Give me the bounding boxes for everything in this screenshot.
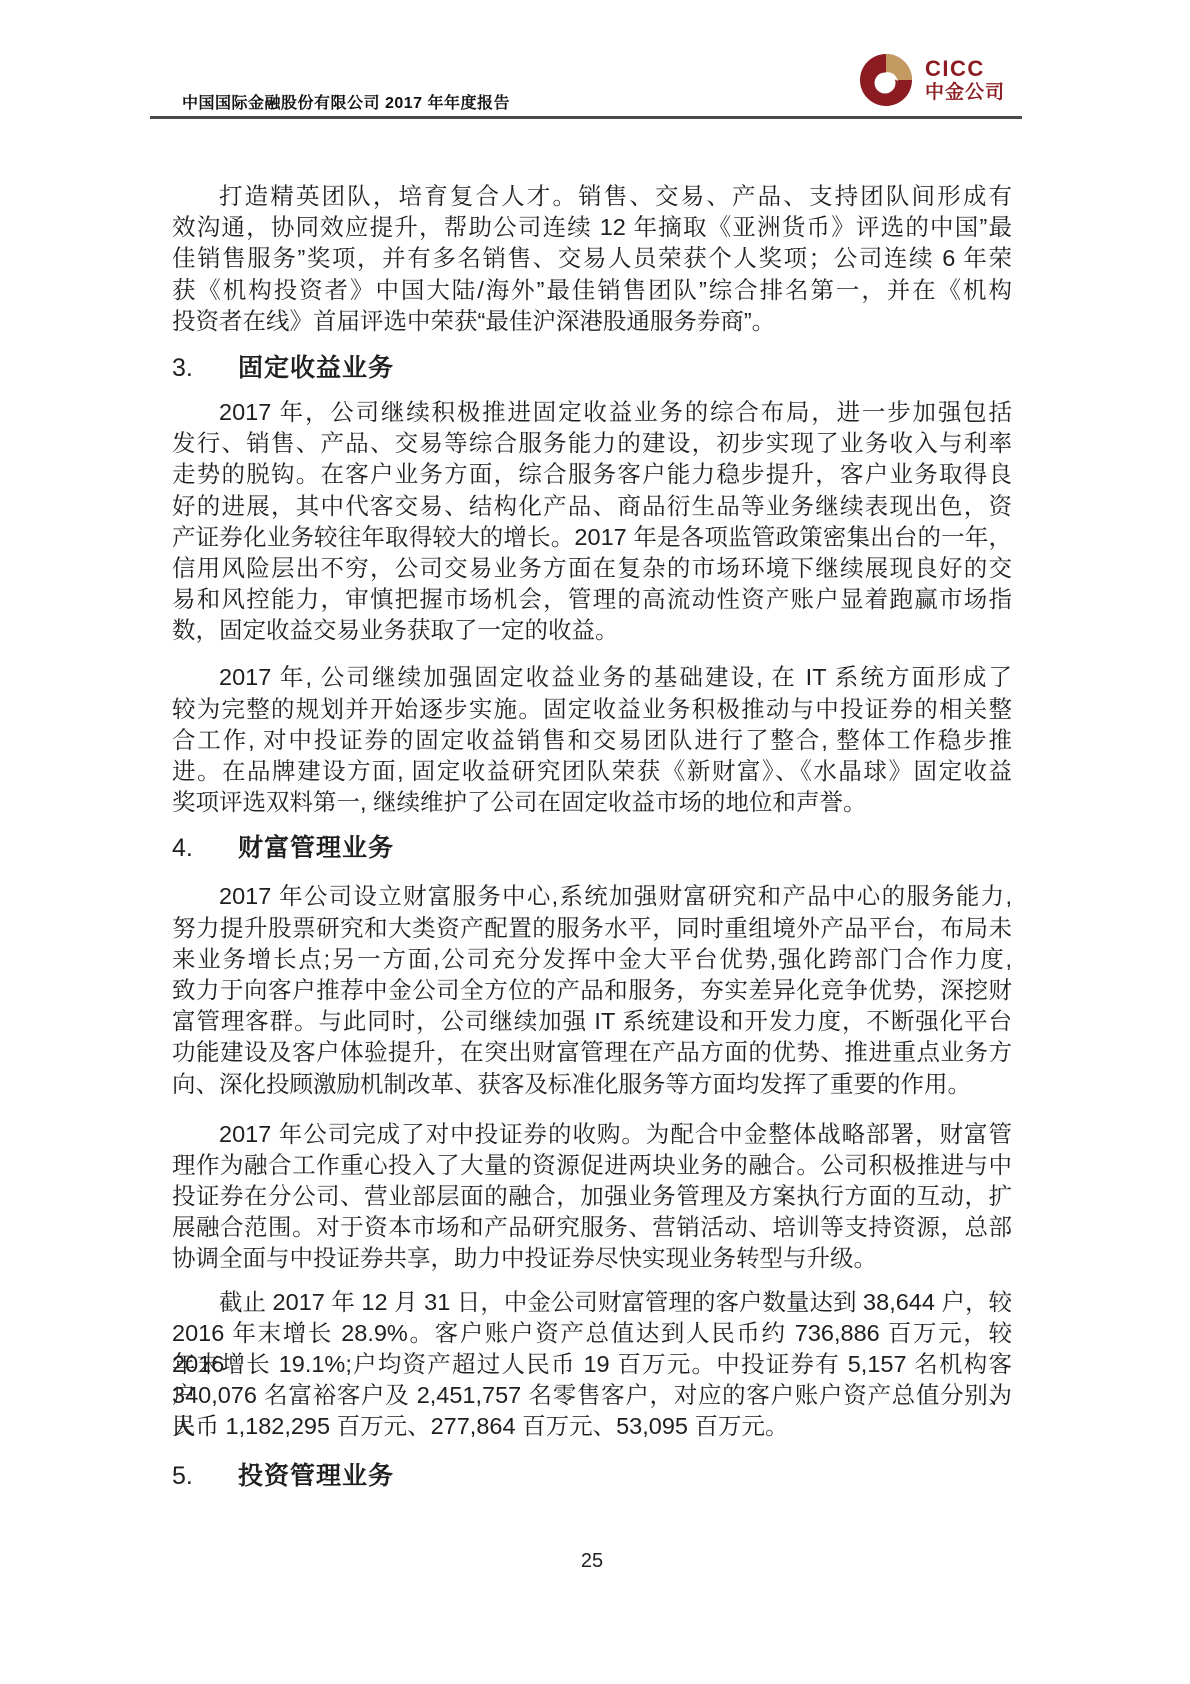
paragraph-line: 向、深化投顾激励机制改革、获客及标准化服务等方面均发挥了重要的作用。 <box>172 1069 1012 1100</box>
section-4-title: 财富管理业务 <box>238 833 394 864</box>
intro-paragraph: 打造精英团队，培育复合人才。销售、交易、产品、支持团队间形成有效沟通，协同效应提… <box>172 181 1012 337</box>
cicc-logo: CICC 中金公司 <box>860 54 1005 106</box>
logo-text-cn: 中金公司 <box>925 83 1005 102</box>
header-divider <box>150 116 1022 119</box>
paragraph-line: 佳销售服务”奖项，并有多名销售、交易人员荣获个人奖项；公司连续 6 年荣 <box>172 243 1012 274</box>
section-4-paragraph-2: 2017 年公司完成了对中投证券的收购。为配合中金整体战略部署，财富管理作为融合… <box>172 1119 1012 1275</box>
paragraph-line: 进。在品牌建设方面, 固定收益研究团队荣获《新财富》、《水晶球》固定收益 <box>172 756 1012 787</box>
section-5-title: 投资管理业务 <box>238 1461 394 1492</box>
paragraph-line: 民币 1,182,295 百万元、277,864 百万元、53,095 百万元。 <box>172 1411 1012 1442</box>
paragraph-line: 好的进展，其中代客交易、结构化产品、商品衍生品等业务继续表现出色，资 <box>172 491 1012 522</box>
paragraph-line: 2017 年公司设立财富服务中心,系统加强财富研究和产品中心的服务能力, <box>172 881 1012 912</box>
paragraph-line: 数，固定收益交易业务获取了一定的收益。 <box>172 615 1012 646</box>
section-4-number: 4. <box>172 833 238 864</box>
paragraph-line: 信用风险层出不穷，公司交易业务方面在复杂的市场环境下继续展现良好的交 <box>172 553 1012 584</box>
section-3-number: 3. <box>172 353 238 384</box>
paragraph-line: 打造精英团队，培育复合人才。销售、交易、产品、支持团队间形成有 <box>172 181 1012 212</box>
report-header-title: 中国国际金融股份有限公司 2017 年年度报告 <box>182 90 510 113</box>
paragraph-line: 奖项评选双料第一, 继续维护了公司在固定收益市场的地位和声誉。 <box>172 787 1012 818</box>
paragraph-line: 努力提升股票研究和大类资产配置的服务水平，同时重组境外产品平台，布局未 <box>172 913 1012 944</box>
paragraph-line: 2016 年末增长 28.9%。客户账户资产总值达到人民币约 736,886 百… <box>172 1318 1012 1349</box>
paragraph-line: 产证券化业务较往年取得较大的增长。2017 年是各项监管政策密集出台的一年， <box>172 522 1012 553</box>
section-4-heading: 4. 财富管理业务 <box>172 833 1012 864</box>
paragraph-line: 2017 年, 公司继续加强固定收益业务的基础建设, 在 IT 系统方面形成了 <box>172 662 1012 693</box>
paragraph-line: 致力于向客户推荐中金公司全方位的产品和服务，夯实差异化竞争优势，深挖财 <box>172 975 1012 1006</box>
page-number: 25 <box>172 1550 1012 1573</box>
paragraph-line: 功能建设及客户体验提升，在突出财富管理在产品方面的优势、推进重点业务方 <box>172 1037 1012 1068</box>
paragraph-line: 理作为融合工作重心投入了大量的资源促进两块业务的融合。公司积极推进与中 <box>172 1150 1012 1181</box>
paragraph-line: 发行、销售、产品、交易等综合服务能力的建设，初步实现了业务收入与利率 <box>172 428 1012 459</box>
logo-text-en: CICC <box>925 58 1005 80</box>
paragraph-line: 投证券在分公司、营业部层面的融合，加强业务管理及方案执行方面的互动，扩 <box>172 1181 1012 1212</box>
section-4-paragraph-3: 截止 2017 年 12 月 31 日，中金公司财富管理的客户数量达到 38,6… <box>172 1287 1012 1443</box>
section-5-number: 5. <box>172 1461 238 1492</box>
paragraph-line: 年末增长 19.1%;户均资产超过人民币 19 百万元。中投证券有 5,157 … <box>172 1349 1012 1380</box>
section-4-paragraph-1: 2017 年公司设立财富服务中心,系统加强财富研究和产品中心的服务能力,努力提升… <box>172 881 1012 1099</box>
paragraph-line: 合工作, 对中投证券的固定收益销售和交易团队进行了整合, 整体工作稳步推 <box>172 725 1012 756</box>
paragraph-line: 展融合范围。对于资本市场和产品研究服务、营销活动、培训等支持资源，总部 <box>172 1212 1012 1243</box>
paragraph-line: 340,076 名富裕客户及 2,451,757 名零售客户，对应的客户账户资产… <box>172 1380 1012 1411</box>
page-content: 打造精英团队，培育复合人才。销售、交易、产品、支持团队间形成有效沟通，协同效应提… <box>172 181 1012 1492</box>
paragraph-line: 2017 年公司完成了对中投证券的收购。为配合中金整体战略部署，财富管 <box>172 1119 1012 1150</box>
cicc-logo-mark-icon <box>860 54 912 106</box>
paragraph-line: 走势的脱钩。在客户业务方面，综合服务客户能力稳步提升，客户业务取得良 <box>172 459 1012 490</box>
section-5-heading: 5. 投资管理业务 <box>172 1461 1012 1492</box>
paragraph-line: 较为完整的规划并开始逐步实施。固定收益业务积极推动与中投证券的相关整 <box>172 694 1012 725</box>
paragraph-line: 2017 年，公司继续积极推进固定收益业务的综合布局，进一步加强包括 <box>172 397 1012 428</box>
paragraph-line: 截止 2017 年 12 月 31 日，中金公司财富管理的客户数量达到 38,6… <box>172 1287 1012 1318</box>
section-3-title: 固定收益业务 <box>238 353 394 384</box>
paragraph-line: 协调全面与中投证券共享，助力中投证券尽快实现业务转型与升级。 <box>172 1243 1012 1274</box>
section-3-paragraph-1: 2017 年，公司继续积极推进固定收益业务的综合布局，进一步加强包括发行、销售、… <box>172 397 1012 647</box>
paragraph-line: 效沟通，协同效应提升，帮助公司连续 12 年摘取《亚洲货币》评选的中国”最 <box>172 212 1012 243</box>
paragraph-line: 易和风控能力，审慎把握市场机会，管理的高流动性资产账户显着跑赢市场指 <box>172 584 1012 615</box>
paragraph-line: 富管理客群。与此同时，公司继续加强 IT 系统建设和开发力度，不断强化平台 <box>172 1006 1012 1037</box>
section-3-paragraph-2: 2017 年, 公司继续加强固定收益业务的基础建设, 在 IT 系统方面形成了较… <box>172 662 1012 818</box>
cicc-logo-text: CICC 中金公司 <box>925 58 1005 102</box>
paragraph-line: 获《机构投资者》中国大陆/海外”最佳销售团队”综合排名第一，并在《机构 <box>172 275 1012 306</box>
section-3-heading: 3. 固定收益业务 <box>172 353 1012 384</box>
report-page: 中国国际金融股份有限公司 2017 年年度报告 CICC 中金公司 打造精英团队… <box>0 0 1190 1684</box>
paragraph-line: 投资者在线》首届评选中荣获“最佳沪深港股通服务券商”。 <box>172 306 1012 337</box>
paragraph-line: 来业务增长点;另一方面,公司充分发挥中金大平台优势,强化跨部门合作力度, <box>172 944 1012 975</box>
